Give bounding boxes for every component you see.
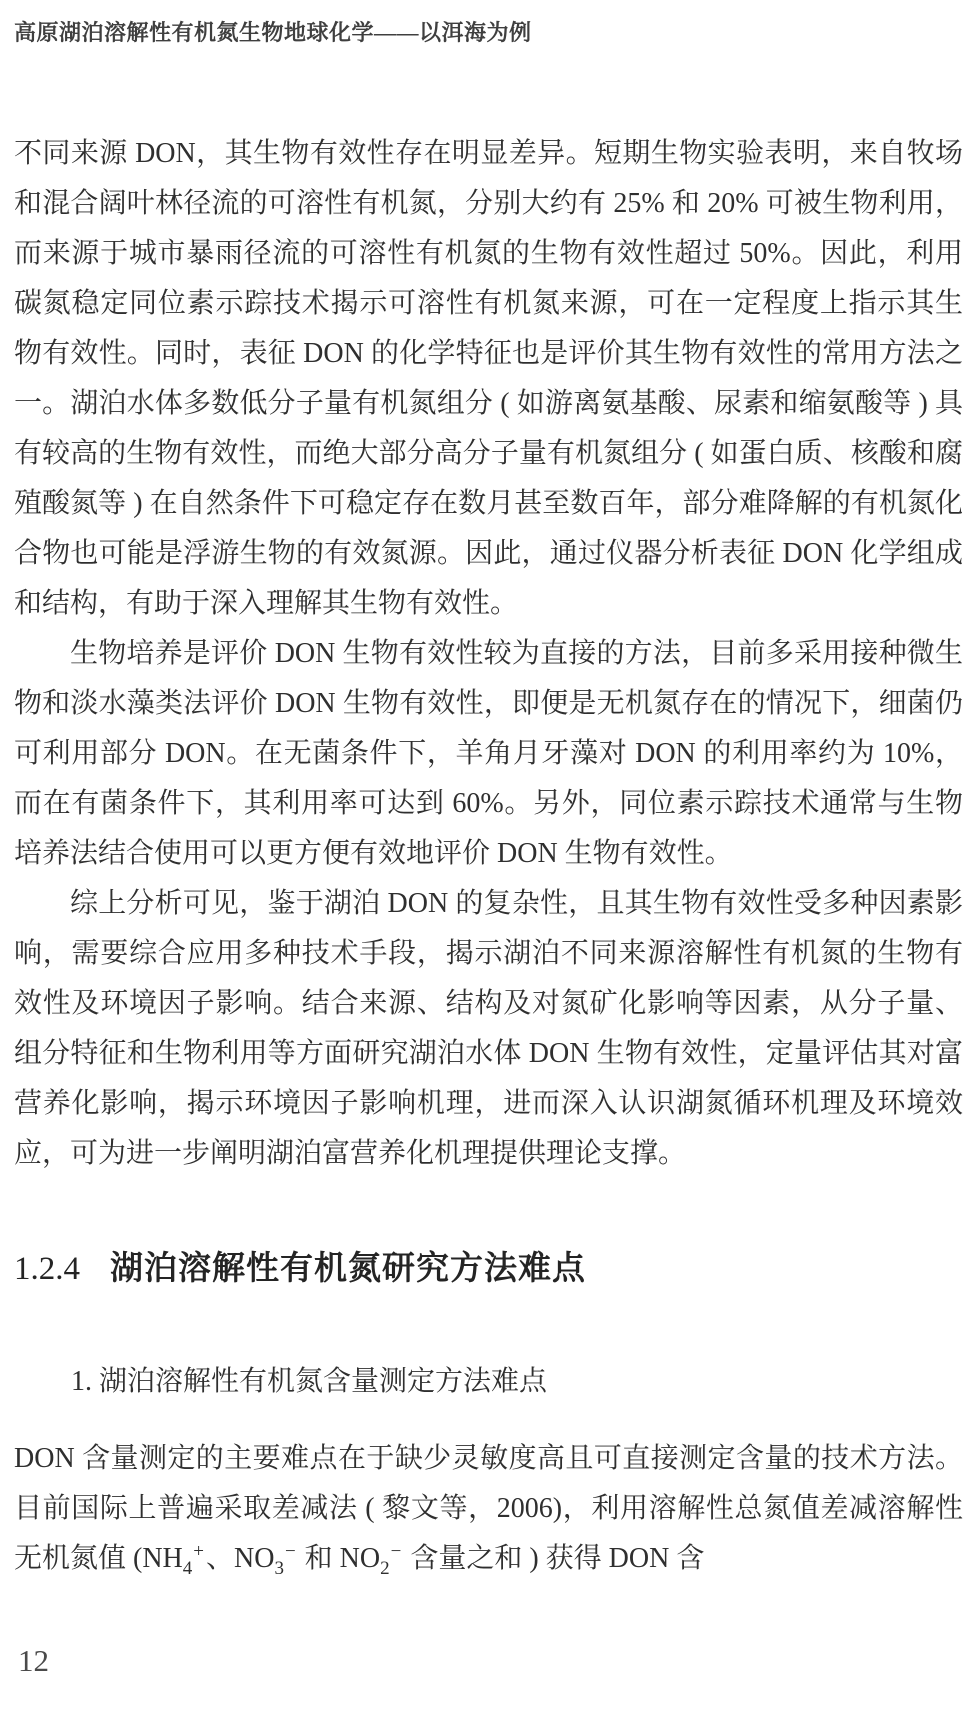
section-number: 1.2.4 (14, 1251, 80, 1287)
paragraph-don-measurement-difficulty: DON 含量测定的主要难点在于缺少灵敏度高且可直接测定含量的技术方法。目前国际上… (14, 1434, 963, 1584)
subsection-heading: 1. 湖泊溶解性有机氮含量测定方法难点 (71, 1359, 547, 1399)
paragraph-bio-culture-method: 生物培养是评价 DON 生物有效性较为直接的方法，目前多采用接种微生物和淡水藻类… (14, 629, 963, 879)
section-title: 湖泊溶解性有机氮研究方法难点 (110, 1251, 586, 1287)
page-body: 不同来源 DON，其生物有效性存在明显差异。短期生物实验表明，来自牧场和混合阔叶… (14, 129, 963, 1179)
book-page: 高原湖泊溶解性有机氮生物地球化学——以洱海为例 不同来源 DON，其生物有效性存… (0, 0, 977, 1717)
running-header: 高原湖泊溶解性有机氮生物地球化学——以洱海为例 (14, 16, 532, 47)
page-number: 12 (18, 1643, 49, 1679)
paragraph-summary-analysis: 综上分析可见，鉴于湖泊 DON 的复杂性，且其生物有效性受多种因素影响，需要综合… (14, 879, 963, 1179)
paragraph-don-bioavailability-sources: 不同来源 DON，其生物有效性存在明显差异。短期生物实验表明，来自牧场和混合阔叶… (14, 129, 963, 629)
section-heading: 1.2.4湖泊溶解性有机氮研究方法难点 (14, 1242, 586, 1289)
